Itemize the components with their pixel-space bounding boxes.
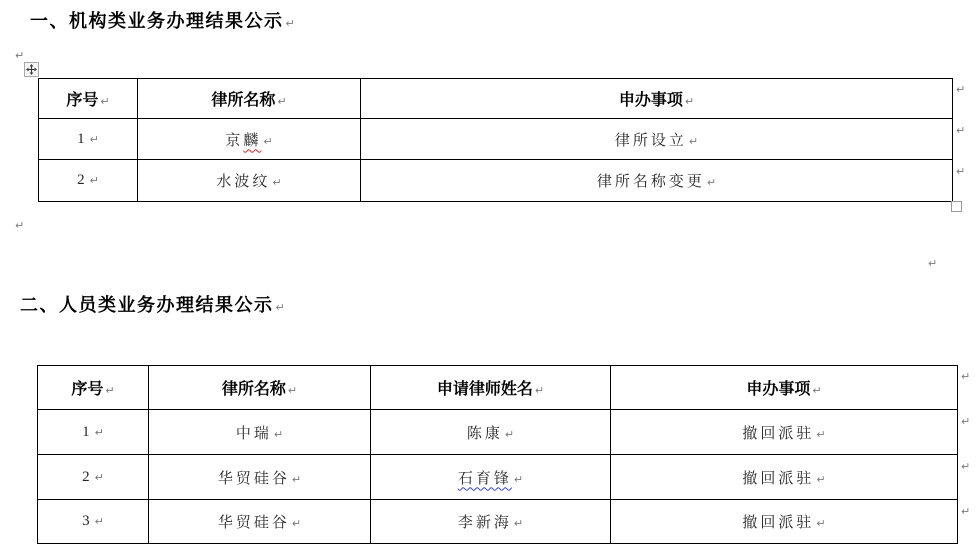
paragraph-mark-icon: ↵	[95, 515, 104, 528]
table-header-row: 序号↵ 律所名称↵ 申请律师姓名↵ 申办事项↵	[38, 366, 958, 410]
table-row: 3↵ 华贸硅谷↵ 李新海↵ 撤回派驻↵	[38, 500, 958, 544]
cell-matter[interactable]: 律所设立↵	[361, 119, 953, 160]
paragraph-mark-icon: ↵	[689, 135, 698, 148]
row-end-mark-icon: ↵	[961, 371, 970, 382]
paragraph-mark-icon: ↵	[928, 258, 937, 269]
grammar-flagged-text: 石育锋	[458, 471, 512, 487]
table-move-handle-icon[interactable]	[24, 62, 39, 77]
table-row: 1↵ 中瑞↵ 陈康↵ 撤回派驻↵	[38, 410, 958, 455]
header-label: 申办事项	[619, 92, 683, 109]
paragraph-mark-icon: ↵	[90, 174, 99, 187]
cell-text: 2	[77, 172, 88, 188]
cell-no[interactable]: 1↵	[38, 410, 149, 455]
header-cell-matter[interactable]: 申办事项↵	[361, 79, 953, 119]
cell-no[interactable]: 2↵	[38, 455, 149, 500]
paragraph-mark-icon: ↵	[292, 473, 301, 486]
paragraph-mark-icon: ↵	[816, 517, 825, 530]
paragraph-mark-icon: ↵	[505, 428, 514, 441]
paragraph-mark-icon: ↵	[288, 384, 297, 397]
header-cell-no[interactable]: 序号↵	[38, 366, 149, 410]
paragraph-mark-icon: ↵	[707, 176, 716, 189]
paragraph-mark-icon: ↵	[274, 428, 283, 441]
header-cell-firm[interactable]: 律所名称↵	[138, 79, 361, 119]
paragraph-mark-icon: ↵	[90, 133, 99, 146]
paragraph-mark-icon: ↵	[685, 95, 694, 108]
cell-firm[interactable]: 华贸硅谷↵	[149, 500, 371, 544]
cell-text: 华贸硅谷	[218, 471, 290, 487]
cell-text: 撤回派驻	[742, 426, 814, 442]
paragraph-mark-icon: ↵	[535, 384, 544, 397]
table-header-row: 序号↵ 律所名称↵ 申办事项↵	[39, 79, 953, 119]
cell-text: 律所名称变更	[597, 174, 705, 190]
cell-firm[interactable]: 中瑞↵	[149, 410, 371, 455]
row-end-mark-icon: ↵	[961, 416, 970, 427]
row-end-mark-icon: ↵	[956, 166, 965, 177]
cell-matter[interactable]: 撤回派驻↵	[611, 500, 958, 544]
header-label: 申办事项	[746, 381, 810, 398]
cell-text: 律所设立	[615, 133, 687, 149]
paragraph-mark-icon: ↵	[105, 384, 114, 397]
header-label: 序号	[71, 381, 103, 398]
paragraph-mark-icon: ↵	[15, 50, 24, 61]
cell-text: 中瑞	[236, 426, 272, 442]
cell-text: 京	[225, 133, 243, 149]
header-cell-firm[interactable]: 律所名称↵	[149, 366, 371, 410]
paragraph-mark-icon: ↵	[15, 220, 24, 231]
cell-lawyer[interactable]: 李新海↵	[371, 500, 611, 544]
paragraph-mark-icon: ↵	[277, 95, 286, 108]
cell-lawyer[interactable]: 石育锋↵	[371, 455, 611, 500]
paragraph-mark-icon: ↵	[263, 135, 272, 148]
table-row: 2↵ 水波纹↵ 律所名称变更↵	[39, 160, 953, 202]
paragraph-mark-icon: ↵	[95, 426, 104, 439]
paragraph-mark-icon: ↵	[292, 517, 301, 530]
institution-results-table: 序号↵ 律所名称↵ 申办事项↵ 1↵ 京麟↵ 律所设立↵ 2↵ 水波纹↵ 律所名…	[38, 78, 953, 202]
header-label: 律所名称	[222, 381, 286, 398]
paragraph-mark-icon: ↵	[276, 301, 285, 314]
cell-text: 1	[77, 131, 88, 147]
row-end-mark-icon: ↵	[956, 125, 965, 136]
cell-no[interactable]: 1↵	[39, 119, 138, 160]
row-end-mark-icon: ↵	[956, 84, 965, 95]
cell-text: 2	[82, 469, 93, 485]
document-page: 一、机构类业务办理结果公示↵ ↵ 序号↵ 律所名称↵ 申办事项↵ 1↵ 京麟↵ …	[0, 0, 978, 560]
cell-lawyer[interactable]: 陈康↵	[371, 410, 611, 455]
cell-text: 李新海	[458, 515, 512, 531]
paragraph-mark-icon: ↵	[95, 471, 104, 484]
row-end-mark-icon: ↵	[961, 461, 970, 472]
cell-text: 1	[82, 424, 93, 440]
section1-heading[interactable]: 一、机构类业务办理结果公示↵	[30, 7, 295, 33]
cell-matter[interactable]: 律所名称变更↵	[361, 160, 953, 202]
paragraph-mark-icon: ↵	[286, 17, 295, 30]
paragraph-mark-icon: ↵	[514, 473, 523, 486]
cell-text: 撤回派驻	[742, 471, 814, 487]
header-label: 序号	[66, 92, 98, 109]
cell-firm[interactable]: 华贸硅谷↵	[149, 455, 371, 500]
table-row: 1↵ 京麟↵ 律所设立↵	[39, 119, 953, 160]
paragraph-mark-icon: ↵	[514, 517, 523, 530]
paragraph-mark-icon: ↵	[272, 176, 281, 189]
table-resize-handle-icon[interactable]	[951, 201, 962, 212]
paragraph-mark-icon: ↵	[816, 428, 825, 441]
cell-text: 华贸硅谷	[218, 515, 290, 531]
header-cell-no[interactable]: 序号↵	[39, 79, 138, 119]
cell-no[interactable]: 3↵	[38, 500, 149, 544]
personnel-results-table: 序号↵ 律所名称↵ 申请律师姓名↵ 申办事项↵ 1↵ 中瑞↵ 陈康↵ 撤回派驻↵…	[37, 365, 958, 544]
spellcheck-flagged-text: 麟	[243, 133, 261, 149]
cell-no[interactable]: 2↵	[39, 160, 138, 202]
cell-matter[interactable]: 撤回派驻↵	[611, 455, 958, 500]
cell-text: 水波纹	[216, 174, 270, 190]
cell-text: 撤回派驻	[742, 515, 814, 531]
paragraph-mark-icon: ↵	[812, 384, 821, 397]
cell-firm[interactable]: 水波纹↵	[138, 160, 361, 202]
header-cell-matter[interactable]: 申办事项↵	[611, 366, 958, 410]
section2-heading-text: 二、人员类业务办理结果公示	[20, 295, 274, 315]
cell-text: 陈康	[467, 426, 503, 442]
cell-firm[interactable]: 京麟↵	[138, 119, 361, 160]
four-way-arrow-icon	[26, 64, 37, 75]
row-end-mark-icon: ↵	[961, 506, 970, 517]
cell-matter[interactable]: 撤回派驻↵	[611, 410, 958, 455]
header-label: 律所名称	[211, 92, 275, 109]
section1-heading-text: 一、机构类业务办理结果公示	[30, 11, 284, 31]
paragraph-mark-icon: ↵	[816, 473, 825, 486]
table-row: 2↵ 华贸硅谷↵ 石育锋↵ 撤回派驻↵	[38, 455, 958, 500]
header-cell-lawyer[interactable]: 申请律师姓名↵	[371, 366, 611, 410]
cell-text: 3	[82, 513, 93, 529]
section2-heading[interactable]: 二、人员类业务办理结果公示↵	[20, 291, 285, 317]
header-label: 申请律师姓名	[437, 381, 533, 398]
paragraph-mark-icon: ↵	[100, 95, 109, 108]
